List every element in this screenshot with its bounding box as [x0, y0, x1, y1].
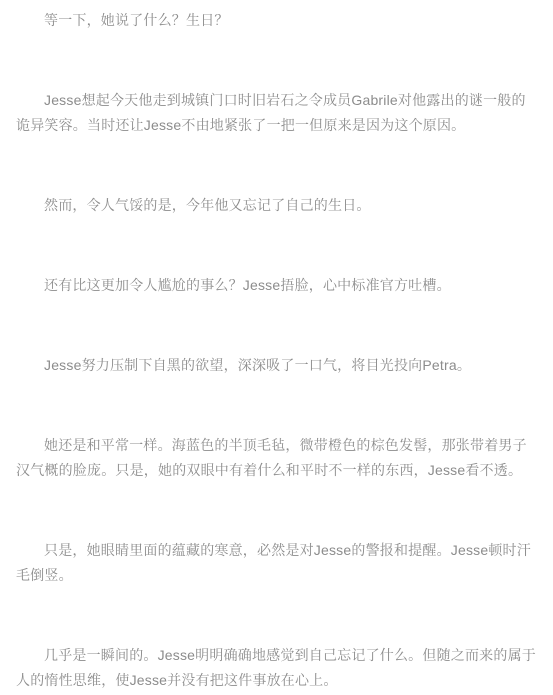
paragraph: Jesse想起今天他走到城镇门口时旧岩石之令成员Gabrile对他露出的谜一般的… — [16, 88, 537, 138]
paragraph: Jesse努力压制下自黑的欲望，深深吸了一口气，将目光投向Petra。 — [16, 353, 537, 378]
novel-reader-page: 等一下，她说了什么？生日？ Jesse想起今天他走到城镇门口时旧岩石之令成员Ga… — [0, 0, 553, 695]
paragraph: 然而，令人气馁的是，今年他又忘记了自己的生日。 — [16, 193, 537, 218]
paragraph: 几乎是一瞬间的。Jesse明明确确地感觉到自己忘记了什么。但随之而来的属于人的惰… — [16, 643, 537, 693]
paragraph: 还有比这更加令人尴尬的事么？Jesse捂脸，心中标准官方吐槽。 — [16, 273, 537, 298]
paragraph: 等一下，她说了什么？生日？ — [16, 8, 537, 33]
paragraph: 她还是和平常一样。海蓝色的半顶毛毡，微带橙色的棕色发髻，那张带着男子汉气概的脸庞… — [16, 433, 537, 483]
paragraph: 只是，她眼睛里面的蕴藏的寒意，必然是对Jesse的警报和提醒。Jesse顿时汗毛… — [16, 538, 537, 588]
